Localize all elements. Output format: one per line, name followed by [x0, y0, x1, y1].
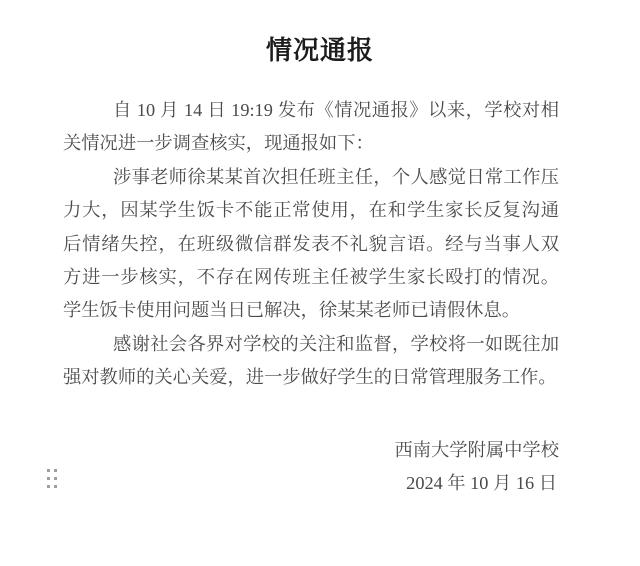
- signature: 西南大学附属中学校: [63, 434, 559, 467]
- body-line: 学生饭卡使用问题当日已解决，徐某某老师已请假休息。: [63, 294, 559, 327]
- body-line: 感谢社会各界对学校的关注和监督，学校将一如既往加: [63, 328, 559, 361]
- signature-block: 西南大学附属中学校 2024 年 10 月 16 日: [63, 434, 559, 501]
- body-line: 关情况进一步调查核实，现通报如下：: [63, 127, 559, 160]
- drag-handle-dots-icon: [47, 469, 57, 488]
- page-title: 情况通报: [0, 33, 640, 67]
- notice-body: 自 10 月 14 日 19:19 发布《情况通报》以来，学校对相 关情况进一步…: [63, 94, 559, 500]
- body-line: 力大，因某学生饭卡不能正常使用，在和学生家长反复沟通: [63, 194, 559, 227]
- body-line: 后情绪失控，在班级微信群发表不礼貌言语。经与当事人双: [63, 228, 559, 261]
- date: 2024 年 10 月 16 日: [63, 467, 559, 500]
- body-line: 方进一步核实，不存在网传班主任被学生家长殴打的情况。: [63, 261, 559, 294]
- body-line: 强对教师的关心关爱，进一步做好学生的日常管理服务工作。: [63, 361, 559, 394]
- body-line: 自 10 月 14 日 19:19 发布《情况通报》以来，学校对相: [63, 94, 559, 127]
- body-line: 涉事老师徐某某首次担任班主任，个人感觉日常工作压: [63, 161, 559, 194]
- notice-page: 情况通报 自 10 月 14 日 19:19 发布《情况通报》以来，学校对相 关…: [0, 0, 640, 566]
